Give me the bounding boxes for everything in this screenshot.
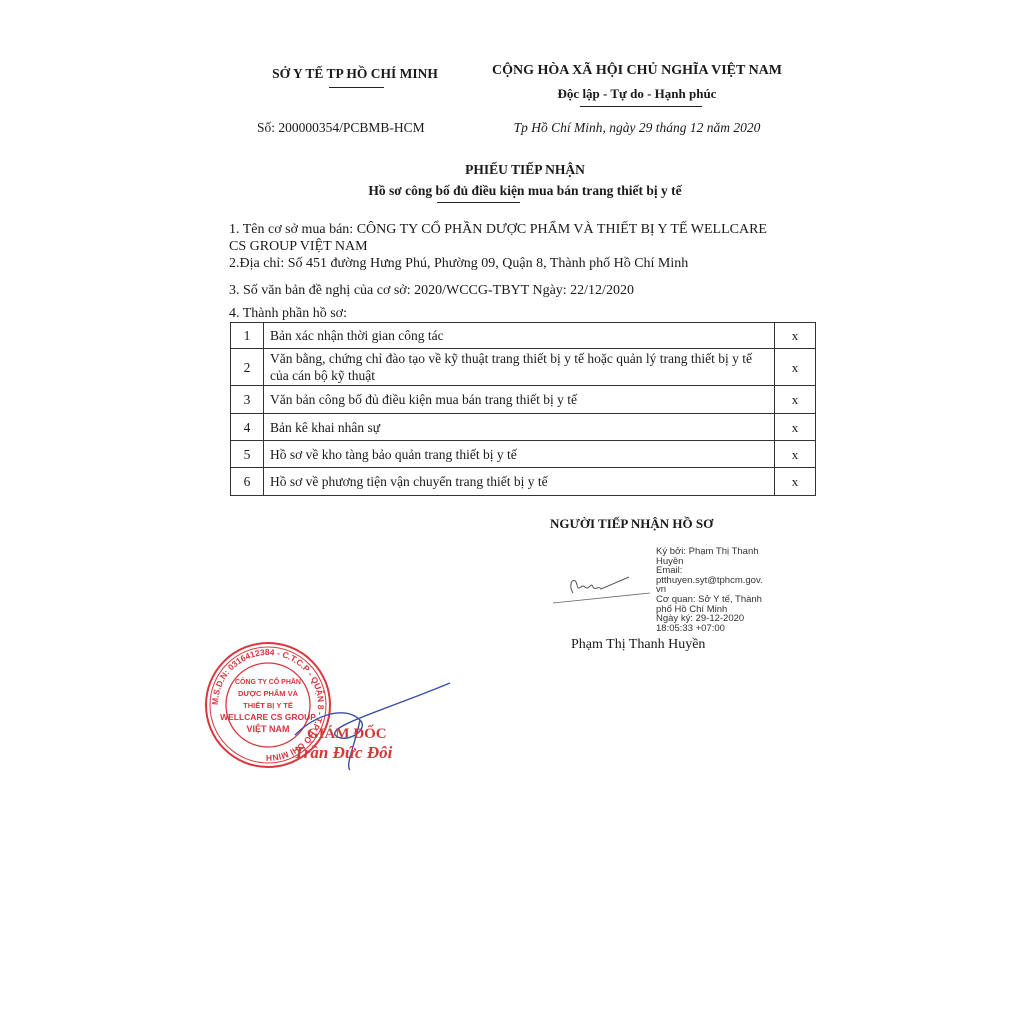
table-row: 3Văn bản công bố đủ điều kiện mua bán tr…: [231, 386, 816, 414]
row-number: 6: [231, 468, 264, 496]
place-date: Tp Hồ Chí Minh, ngày 29 tháng 12 năm 202…: [487, 120, 787, 136]
receiver-name: Phạm Thị Thanh Huyền: [571, 637, 705, 653]
document-number: Số: 200000354/PCBMB-HCM: [257, 120, 425, 136]
document-subtitle: Hồ sơ công bố đủ điều kiện mua bán trang…: [230, 183, 820, 199]
director-name: Trần Đức Đôi: [294, 743, 392, 763]
row-check-mark: x: [775, 386, 816, 414]
table-row: 4Bản kê khai nhân sựx: [231, 414, 816, 441]
facility-name-line2: CS GROUP VIỆT NAM: [229, 239, 368, 255]
motto: Độc lập - Tự do - Hạnh phúc: [487, 86, 787, 102]
row-description: Bản kê khai nhân sự: [264, 414, 775, 441]
svg-text:VIỆT NAM: VIỆT NAM: [246, 723, 289, 734]
table-row: 1Bản xác nhận thời gian công tácx: [231, 323, 816, 349]
row-description: Văn bản công bố đủ điều kiện mua bán tra…: [264, 386, 775, 414]
row-description: Văn bằng, chứng chỉ đào tạo về kỹ thuật …: [264, 349, 775, 386]
digital-signature-info: Ký bởi: Phạm Thị ThanhHuyềnEmail:ptthuye…: [656, 547, 763, 633]
subtitle-underline: [437, 202, 520, 203]
table-row: 5Hồ sơ về kho tàng bảo quản trang thiết …: [231, 441, 816, 468]
row-check-mark: x: [775, 441, 816, 468]
request-document-number: 3. Số văn bản đề nghị của cơ sở: 2020/WC…: [229, 283, 634, 299]
row-number: 1: [231, 323, 264, 349]
document-title: PHIẾU TIẾP NHẬN: [230, 162, 820, 178]
row-number: 3: [231, 386, 264, 414]
dossier-components-label: 4. Thành phần hồ sơ:: [229, 306, 347, 322]
receiver-title: NGƯỜI TIẾP NHẬN HỒ SƠ: [550, 516, 713, 532]
receiver-signature: [545, 565, 655, 605]
agency-underline: [329, 87, 384, 88]
row-check-mark: x: [775, 468, 816, 496]
signature-info-line: ptthuyen.syt@tphcm.gov.: [656, 576, 763, 586]
row-check-mark: x: [775, 323, 816, 349]
motto-underline: [580, 106, 702, 107]
agency-name: SỞ Y TẾ TP HỒ CHÍ MINH: [265, 66, 445, 82]
row-description: Hồ sơ về phương tiện vận chuyển trang th…: [264, 468, 775, 496]
table-row: 6Hồ sơ về phương tiện vận chuyển trang t…: [231, 468, 816, 496]
row-number: 4: [231, 414, 264, 441]
facility-address: 2.Địa chỉ: Số 451 đường Hưng Phú, Phường…: [229, 256, 688, 272]
dossier-components-table: 1Bản xác nhận thời gian công tácx2Văn bằ…: [230, 322, 816, 496]
facility-name-line1: 1. Tên cơ sở mua bán: CÔNG TY CỔ PHẦN DƯ…: [229, 222, 767, 238]
row-description: Bản xác nhận thời gian công tác: [264, 323, 775, 349]
signature-info-line: 18:05:33 +07:00: [656, 624, 763, 634]
row-number: 2: [231, 349, 264, 386]
row-number: 5: [231, 441, 264, 468]
row-check-mark: x: [775, 349, 816, 386]
row-check-mark: x: [775, 414, 816, 441]
director-title: GIÁM ĐỐC: [307, 726, 387, 743]
row-description: Hồ sơ về kho tàng bảo quản trang thiết b…: [264, 441, 775, 468]
table-row: 2Văn bằng, chứng chỉ đào tạo về kỹ thuật…: [231, 349, 816, 386]
nation-title: CỘNG HÒA XÃ HỘI CHỦ NGHĨA VIỆT NAM: [487, 63, 787, 79]
